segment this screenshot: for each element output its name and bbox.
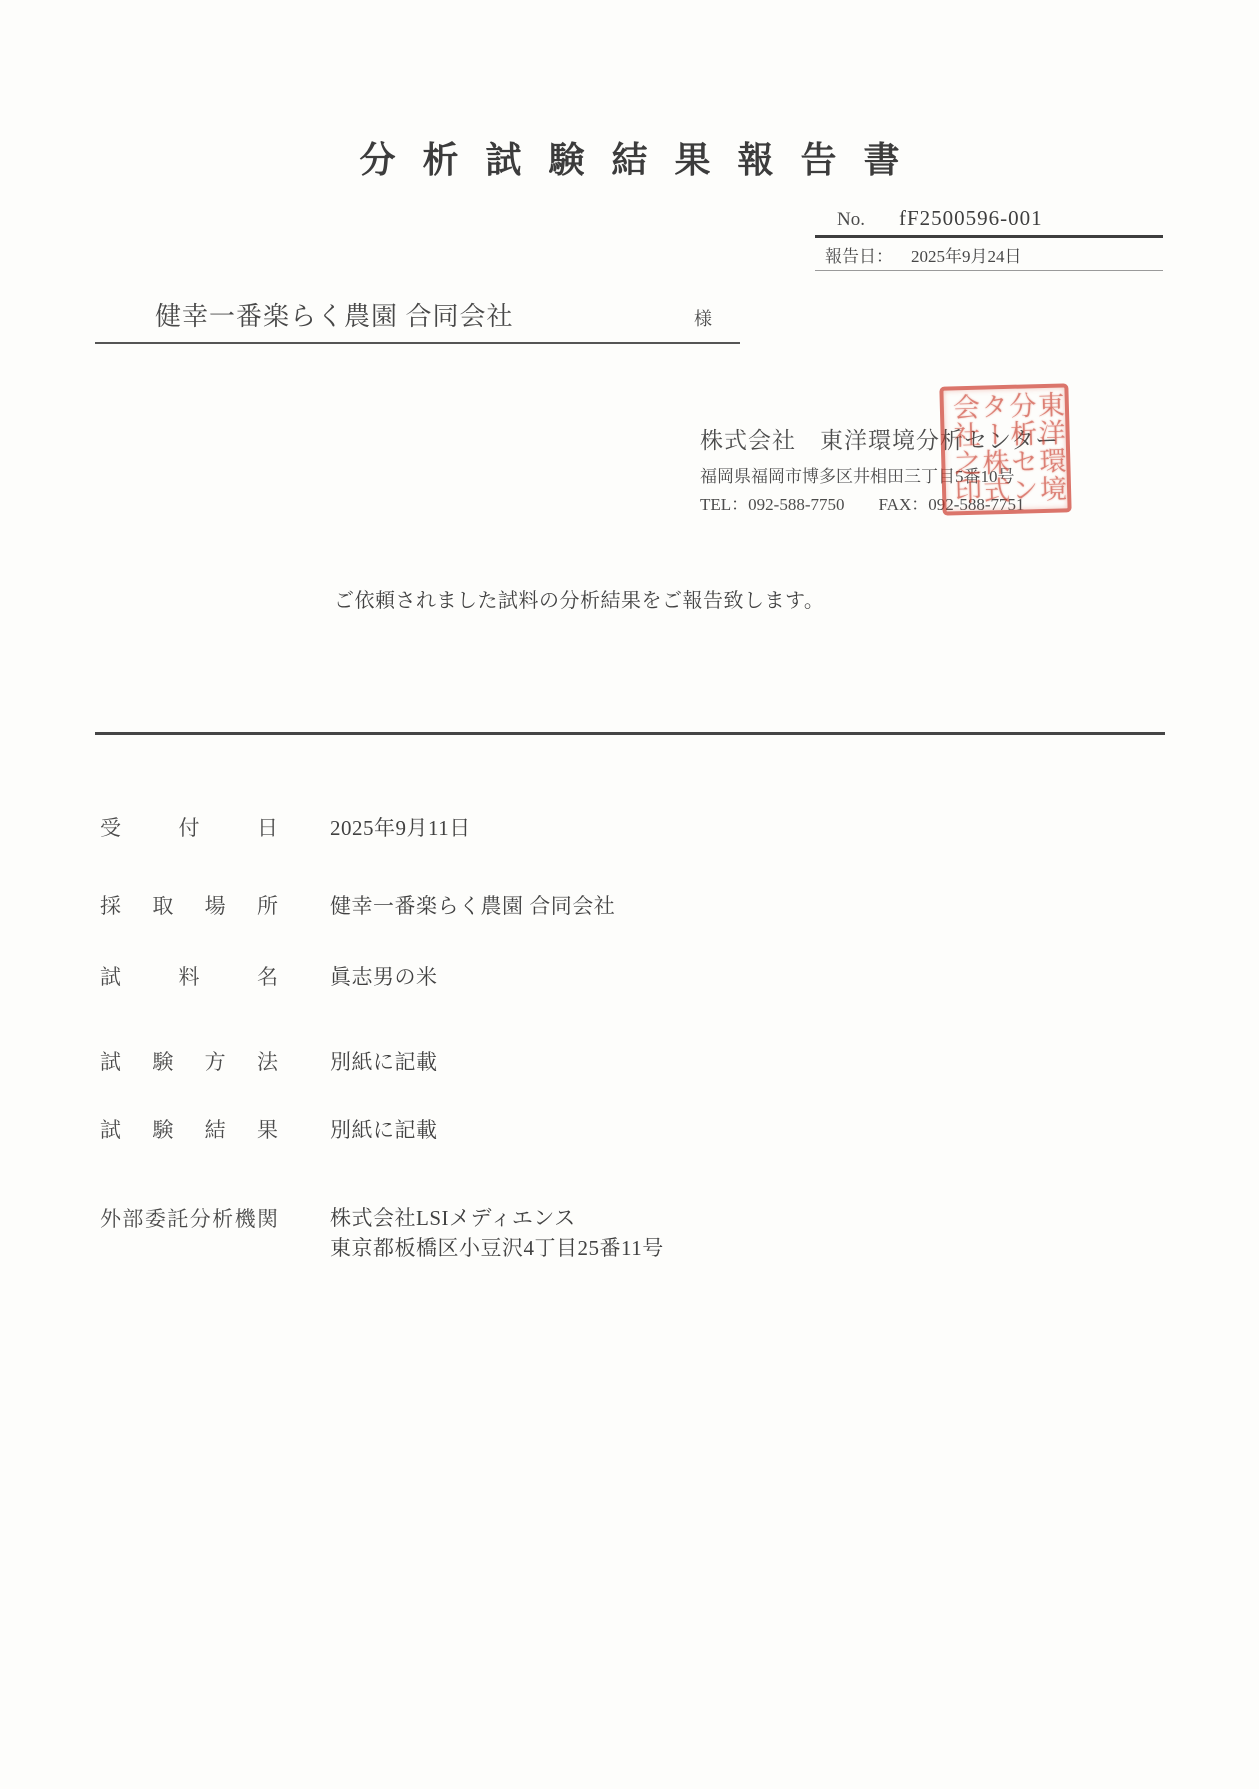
greeting-text: ご依頼されました試料の分析結果をご報告致します。 (334, 584, 824, 613)
field-label-reception-date: 受付日 (100, 812, 278, 842)
field-row-sample-name: 試料名 眞志男の米 (100, 961, 438, 991)
field-value-external-lab: 株式会社LSIメディエンス 東京都板橋区小豆沢4丁目25番11号 (330, 1203, 664, 1264)
field-value-sample-name: 眞志男の米 (330, 961, 438, 991)
analysis-report-page: 分析試験結果報告書 No. fF2500596-001 報告日： 2025年9月… (0, 0, 1259, 1789)
report-no-label: No. (837, 209, 865, 231)
field-row-sampling-place: 採取場所 健幸一番楽らく農園 合同会社 (100, 890, 615, 920)
field-row-reception-date: 受付日 2025年9月11日 (100, 812, 471, 842)
report-no-value: fF2500596-001 (899, 206, 1043, 231)
field-value-sampling-place: 健幸一番楽らく農園 合同会社 (330, 890, 615, 920)
report-date-row: 報告日： 2025年9月24日 (815, 238, 1163, 271)
field-value-reception-date: 2025年9月11日 (330, 812, 471, 842)
field-label-sample-name: 試料名 (100, 961, 278, 991)
external-lab-address: 東京都板橋区小豆沢4丁目25番11号 (330, 1233, 664, 1263)
field-row-test-result: 試験結果 別紙に記載 (100, 1114, 438, 1144)
field-label-test-result: 試験結果 (100, 1114, 278, 1144)
report-meta-block: No. fF2500596-001 報告日： 2025年9月24日 (815, 206, 1163, 271)
issuer-company-name: 株式会社 東洋環境分析センター (700, 422, 1170, 455)
issuer-address: 福岡県福岡市博多区井相田三丁目5番10号 (700, 462, 1170, 487)
recipient-honorific: 様 (694, 305, 740, 331)
report-date-label: 報告日： (825, 242, 893, 267)
external-lab-name: 株式会社LSIメディエンス (330, 1203, 664, 1233)
field-label-sampling-place: 採取場所 (100, 890, 278, 920)
report-date-value: 2025年9月24日 (911, 242, 1022, 267)
report-no-row: No. fF2500596-001 (815, 206, 1163, 238)
issuer-tel-fax: TEL：092-588-7750 FAX：092-588-7751 (700, 490, 1170, 515)
issuer-block: 株式会社 東洋環境分析センター 福岡県福岡市博多区井相田三丁目5番10号 TEL… (700, 422, 1170, 515)
field-row-test-method: 試験方法 別紙に記載 (100, 1046, 438, 1076)
section-divider (95, 732, 1165, 735)
field-value-test-result: 別紙に記載 (330, 1114, 438, 1144)
recipient-line: 健幸一番楽らく農園 合同会社 様 (95, 296, 740, 344)
field-row-external-lab: 外部委託分析機関 株式会社LSIメディエンス 東京都板橋区小豆沢4丁目25番11… (100, 1203, 664, 1264)
recipient-name: 健幸一番楽らく農園 合同会社 (155, 296, 514, 333)
field-label-test-method: 試験方法 (100, 1046, 278, 1076)
page-title: 分析試験結果報告書 (0, 132, 1259, 183)
field-value-test-method: 別紙に記載 (330, 1046, 438, 1076)
field-label-external-lab: 外部委託分析機関 (100, 1203, 278, 1233)
